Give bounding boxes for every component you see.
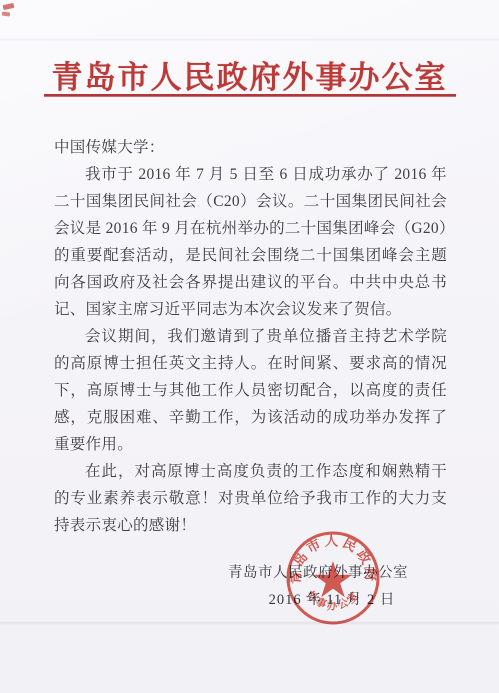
scanned-letter-page: 青岛市人民政府外事办公室 中国传媒大学： 我市于 2016 年 7 月 5 日至… (0, 0, 499, 693)
red-ink-mark (2, 11, 10, 16)
scan-crease (0, 621, 499, 625)
paragraph: 在此，对高原博士高度负责的工作态度和娴熟精干的专业素养表示敬意！对贵单位给予我市… (54, 458, 447, 539)
official-seal: 青岛市人民政府 外事办公室 (281, 526, 385, 630)
scan-crease (0, 38, 499, 41)
salutation: 中国传媒大学： (54, 134, 447, 161)
paragraph: 会议期间，我们邀请到了贵单位播音主持艺术学院的高原博士担任英文主持人。在时间紧、… (54, 323, 447, 458)
star-icon (314, 561, 352, 597)
paragraph: 我市于 2016 年 7 月 5 日至 6 日成功承办了 2016 年二十国集团… (54, 161, 447, 323)
seal-arc-text-bottom: 外事办公室 (304, 588, 362, 612)
letterhead-divider (44, 94, 456, 97)
letter-body: 中国传媒大学： 我市于 2016 年 7 月 5 日至 6 日成功承办了 201… (54, 134, 447, 539)
red-ink-mark (3, 3, 15, 10)
letterhead-title: 青岛市人民政府外事办公室 (0, 52, 499, 97)
